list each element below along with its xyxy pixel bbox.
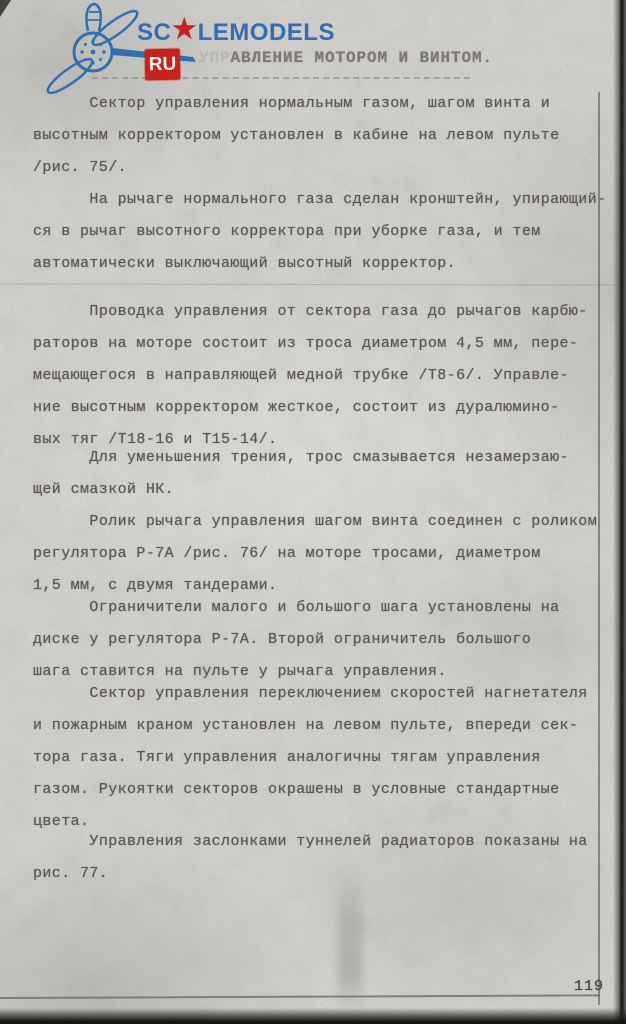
paragraph: Ролик рычага управления шагом винта соед… bbox=[33, 506, 618, 602]
paragraph: Управления заслонками туннелей радиаторо… bbox=[33, 826, 618, 890]
paragraph: Проводка управления от сектора газа до р… bbox=[33, 296, 618, 456]
scanned-page: SC ★ LEMODELS RU УПРАВЛЕНИЕ МОТОРОМ И ВИ… bbox=[0, 0, 626, 1024]
page-number: 119 bbox=[574, 978, 604, 995]
bottom-border-line bbox=[0, 994, 600, 999]
paragraph: Для уменьшения трения, трос смазывается … bbox=[33, 442, 618, 506]
faint-divider-line bbox=[0, 283, 626, 285]
watermark-logo: SC ★ LEMODELS RU bbox=[0, 0, 370, 110]
paragraph: Ограничители малого и большого шага уста… bbox=[33, 592, 618, 688]
star-icon: ★ bbox=[170, 15, 198, 43]
paragraph: На рычаге нормального газа сделан кроншт… bbox=[33, 184, 618, 280]
scan-edge-bottom bbox=[0, 1008, 626, 1024]
right-border-line bbox=[598, 92, 600, 1005]
brand-suffix: LEMODELS bbox=[198, 18, 335, 48]
ru-badge: RU bbox=[145, 49, 181, 81]
paragraph: Сектор управления переключением скоросте… bbox=[33, 678, 618, 838]
scan-edge-right bbox=[613, 0, 626, 1024]
brand-prefix: SC bbox=[137, 18, 171, 48]
brand-text: SC ★ LEMODELS bbox=[137, 18, 335, 48]
